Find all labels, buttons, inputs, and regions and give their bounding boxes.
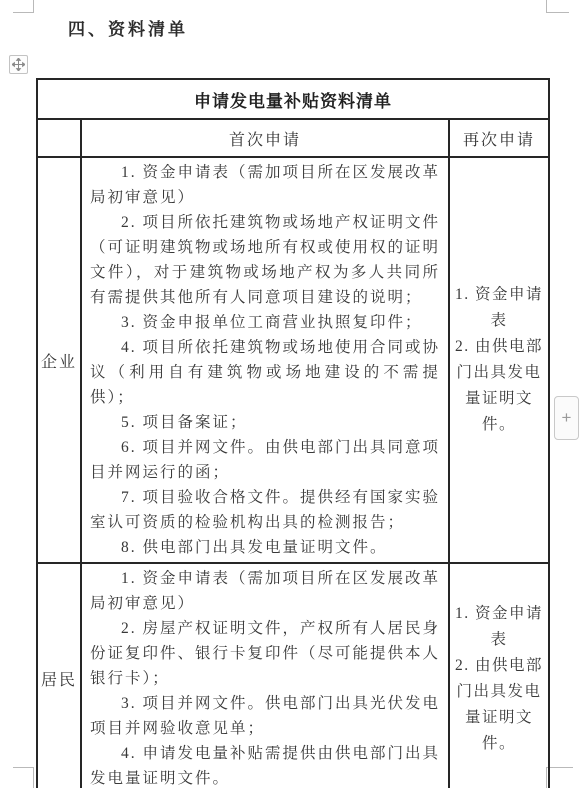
subsidy-materials-table: 申请发电量补贴资料清单 首次申请 再次申请 企业 1. 资金申请表（需加项目所在…: [36, 78, 550, 788]
enterprise-first-application-cell: 1. 资金申请表（需加项目所在区发展改革局初审意见） 2. 项目所依托建筑物或场…: [81, 157, 449, 563]
list-item: 2. 项目所依托建筑物或场地产权证明文件（可证明建筑物或场地所有权或使用权的证明…: [90, 210, 440, 310]
move-icon: [12, 58, 25, 71]
list-item: 1. 资金申请表（需加项目所在区发展改革局初审意见）: [90, 566, 440, 616]
column-header-first-application: 首次申请: [81, 119, 449, 157]
resident-repeat-application-cell: 1. 资金申请表 2. 由供电部门出具发电量证明文件。: [449, 563, 549, 788]
list-item: 8. 供电部门出具发电量证明文件。: [90, 535, 440, 560]
list-item: 1. 资金申请表: [455, 601, 543, 653]
column-header-repeat-application: 再次申请: [449, 119, 549, 157]
list-item: 1. 资金申请表（需加项目所在区发展改革局初审意见）: [90, 160, 440, 210]
list-item: 2. 由供电部门出具发电量证明文件。: [455, 653, 543, 757]
page-margin-mark-top-left: [13, 0, 34, 13]
page-margin-mark-top-right: [546, 0, 569, 13]
list-item: 4. 申请发电量补贴需提供由供电部门出具发电量证明文件。: [90, 741, 440, 788]
list-item: 7. 项目验收合格文件。提供经有国家实验室认可资质的检验机构出具的检测报告；: [90, 485, 440, 535]
table-row-resident: 居民 1. 资金申请表（需加项目所在区发展改革局初审意见） 2. 房屋产权证明文…: [37, 563, 549, 788]
enterprise-repeat-application-cell: 1. 资金申请表 2. 由供电部门出具发电量证明文件。: [449, 157, 549, 563]
list-item: 4. 项目所依托建筑物或场地使用合同或协议（利用自有建筑物或场地建设的不需提供）…: [90, 335, 440, 410]
row-label-enterprise: 企业: [37, 157, 81, 563]
page-margin-mark-bottom-left: [13, 767, 34, 788]
table-row-enterprise: 企业 1. 资金申请表（需加项目所在区发展改革局初审意见） 2. 项目所依托建筑…: [37, 157, 549, 563]
row-label-resident: 居民: [37, 563, 81, 788]
list-item: 3. 资金申报单位工商营业执照复印件；: [90, 310, 440, 335]
list-item: 3. 项目并网文件。供电部门出具光伏发电项目并网验收意见单；: [90, 691, 440, 741]
table-title: 申请发电量补贴资料清单: [37, 79, 549, 119]
expand-plus-button[interactable]: +: [554, 396, 579, 440]
list-item: 1. 资金申请表: [455, 282, 543, 334]
section-heading: 四、资料清单: [68, 15, 188, 40]
list-item: 6. 项目并网文件。由供电部门出具同意项目并网运行的函；: [90, 435, 440, 485]
resident-first-application-cell: 1. 资金申请表（需加项目所在区发展改革局初审意见） 2. 房屋产权证明文件，产…: [81, 563, 449, 788]
table-move-handle[interactable]: [9, 55, 28, 74]
corner-header-cell: [37, 119, 81, 157]
page-margin-mark-bottom-right: [546, 767, 573, 788]
list-item: 5. 项目备案证；: [90, 410, 440, 435]
list-item: 2. 房屋产权证明文件，产权所有人居民身份证复印件、银行卡复印件（尽可能提供本人…: [90, 616, 440, 691]
plus-icon: +: [562, 408, 572, 427]
list-item: 2. 由供电部门出具发电量证明文件。: [455, 334, 543, 438]
